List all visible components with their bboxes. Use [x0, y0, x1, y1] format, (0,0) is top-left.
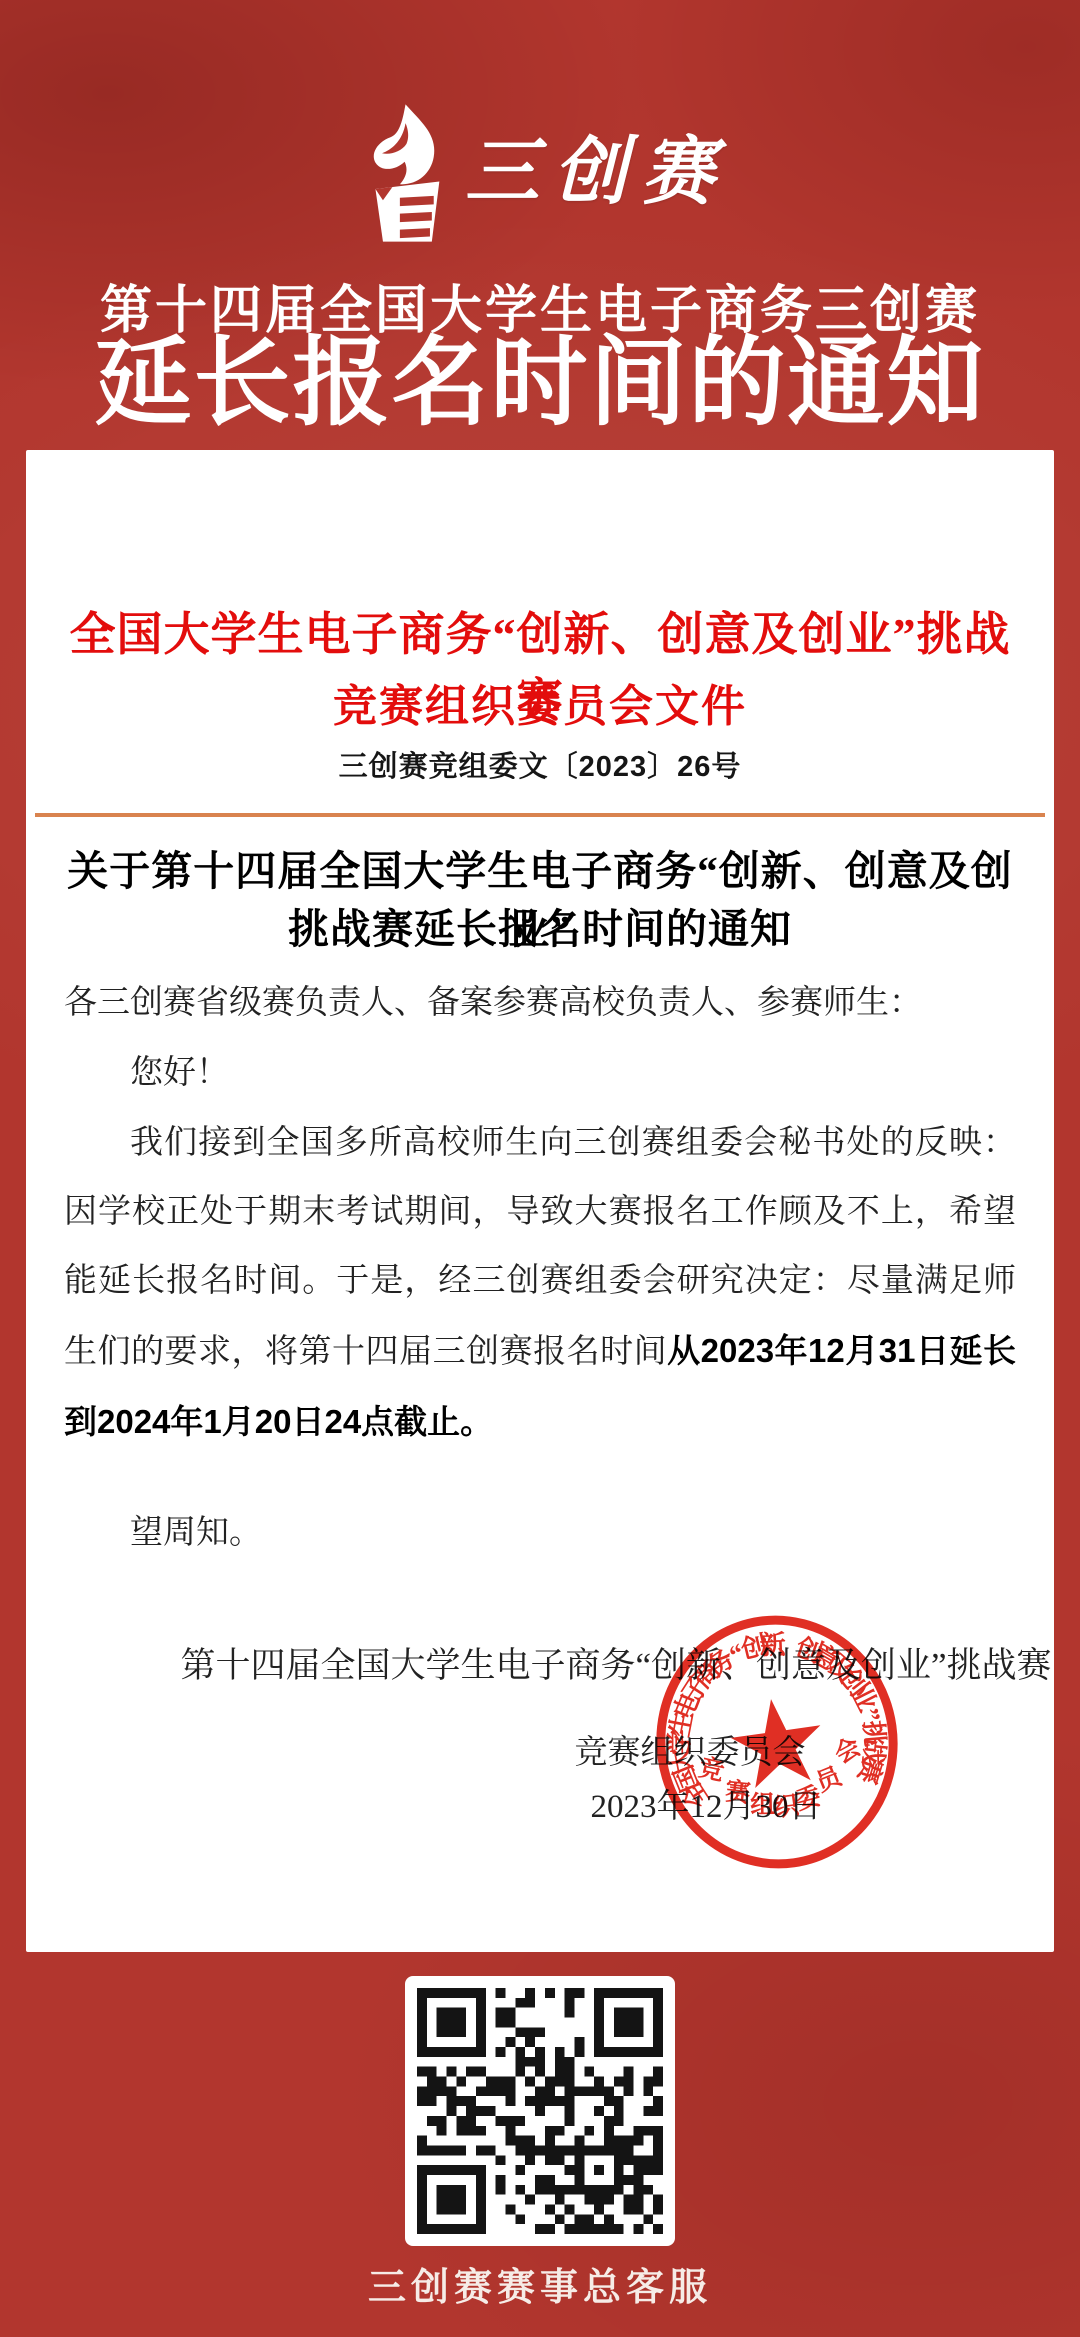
greeting: 您好！: [64, 1039, 1016, 1108]
document-card: 全国大学生电子商务“创新、创意及创业”挑战赛 竞赛组织委员会文件 三创赛竞组委文…: [26, 450, 1054, 1952]
header-divider: [35, 813, 1045, 817]
svg-text:竞: 竞: [696, 1753, 727, 1786]
body-paragraph: 我们接到全国多所高校师生向三创赛组委会秘书处的反映：因学校正处于期末考试期间，导…: [64, 1109, 1016, 1458]
qr-code: [405, 1976, 675, 2246]
org-header-line2: 竞赛组织委员会文件: [64, 670, 1016, 734]
qr-caption: 三创赛赛事总客服: [0, 2256, 1080, 2311]
official-seal: ★ 全国大学生电子商务“创新、创意及创业”挑战赛 竞赛组织委员会: [630, 1595, 924, 1889]
salutation: 各三创赛省级赛负责人、备案参赛高校负责人、参赛师生：: [64, 969, 1016, 1038]
logo: 三创赛: [0, 98, 1080, 248]
logo-text: 三创赛: [465, 136, 729, 210]
torch-icon: [351, 102, 445, 244]
document-number: 三创赛竞组委文〔2023〕26号: [64, 744, 1016, 785]
signature-line1: 第十四届全国大学生电子商务“创新、创意及创业”挑战赛: [140, 1638, 1080, 1688]
notice-poster: 三创赛 第十四届全国大学生电子商务三创赛 延长报名时间的通知 全国大学生电子商务…: [0, 0, 1080, 2337]
qr-pattern: [417, 1988, 663, 2234]
closing-line: 望周知。: [64, 1499, 1016, 1568]
svg-text:赛: 赛: [724, 1776, 752, 1807]
banner-title: 延长报名时间的通知: [0, 332, 1080, 436]
notice-title-line2: 挑战赛延长报名时间的通知: [64, 896, 1016, 955]
